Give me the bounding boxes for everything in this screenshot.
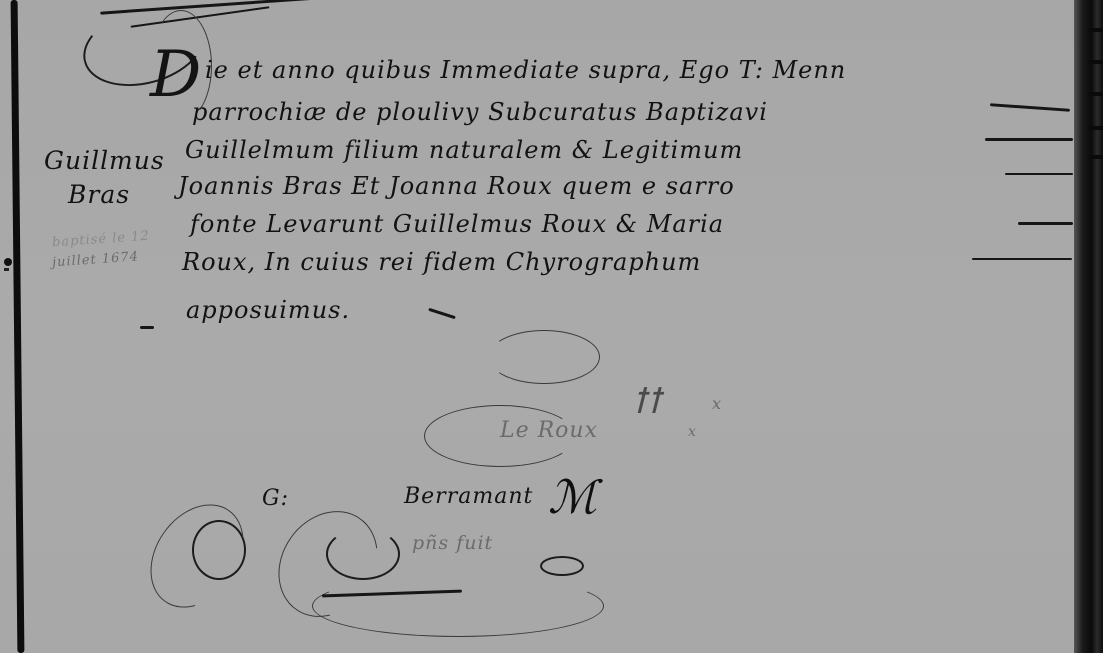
line-filler-dash	[428, 308, 456, 320]
line-filler-dash	[972, 258, 1072, 260]
ink-blot	[4, 268, 9, 271]
entry-line-1: ie et anno quibus Immediate supra, Ego T…	[205, 56, 846, 84]
margin-note-line-1: baptisé le 12	[52, 229, 151, 252]
line-filler-dash	[140, 326, 154, 329]
binding-tab	[1089, 126, 1103, 130]
line-filler-dash	[1018, 222, 1073, 225]
page-binding-edge	[1074, 0, 1103, 653]
priest-title: pñs fuit	[412, 532, 493, 554]
entry-line-5: fonte Levarunt Guillelmus Roux & Maria	[190, 210, 724, 238]
line-filler-dash	[1005, 173, 1073, 175]
margin-child-surname: Bras	[68, 180, 130, 209]
witness-mark-scribble: ꝉꝉ	[632, 382, 661, 422]
witness-mark: x	[688, 424, 697, 440]
binding-tab	[1089, 92, 1103, 96]
margin-faint-note: baptisé le 12 juillet 1674	[52, 232, 150, 268]
line-filler-dash	[985, 138, 1073, 141]
entry-line-6: Roux, In cuius rei fidem Chyrographum	[182, 248, 701, 276]
entry-line-7: apposuimus.	[186, 296, 350, 324]
entry-line-3: Guillelmum filium naturalem & Legitimum	[185, 136, 743, 164]
priest-name: Berramant	[404, 484, 533, 509]
entry-line-4: Joannis Bras Et Joanna Roux quem e sarro	[178, 172, 735, 200]
priest-initial: G:	[262, 486, 289, 511]
entry-line-2: parrochiæ de ploulivy Subcuratus Baptiza…	[192, 98, 768, 126]
witness-mark: x	[712, 394, 722, 413]
left-margin-rule	[11, 0, 25, 653]
priest-paraph-loop	[540, 556, 584, 576]
binding-tab	[1089, 28, 1103, 32]
register-page: D ie et anno quibus Immediate supra, Ego…	[0, 0, 1103, 653]
margin-child-forename: Guillmus	[44, 146, 165, 175]
signature-flourish	[488, 330, 600, 384]
witness-signature: Le Roux	[500, 418, 598, 443]
margin-note-line-2: juillet 1674	[52, 249, 151, 272]
priest-underline-flourish	[312, 575, 604, 637]
priest-paraph-mark: ℳ	[548, 470, 597, 524]
line-filler-dash	[990, 103, 1070, 112]
binding-tab	[1089, 155, 1103, 159]
ink-blot	[4, 258, 12, 266]
binding-tab	[1089, 60, 1103, 64]
